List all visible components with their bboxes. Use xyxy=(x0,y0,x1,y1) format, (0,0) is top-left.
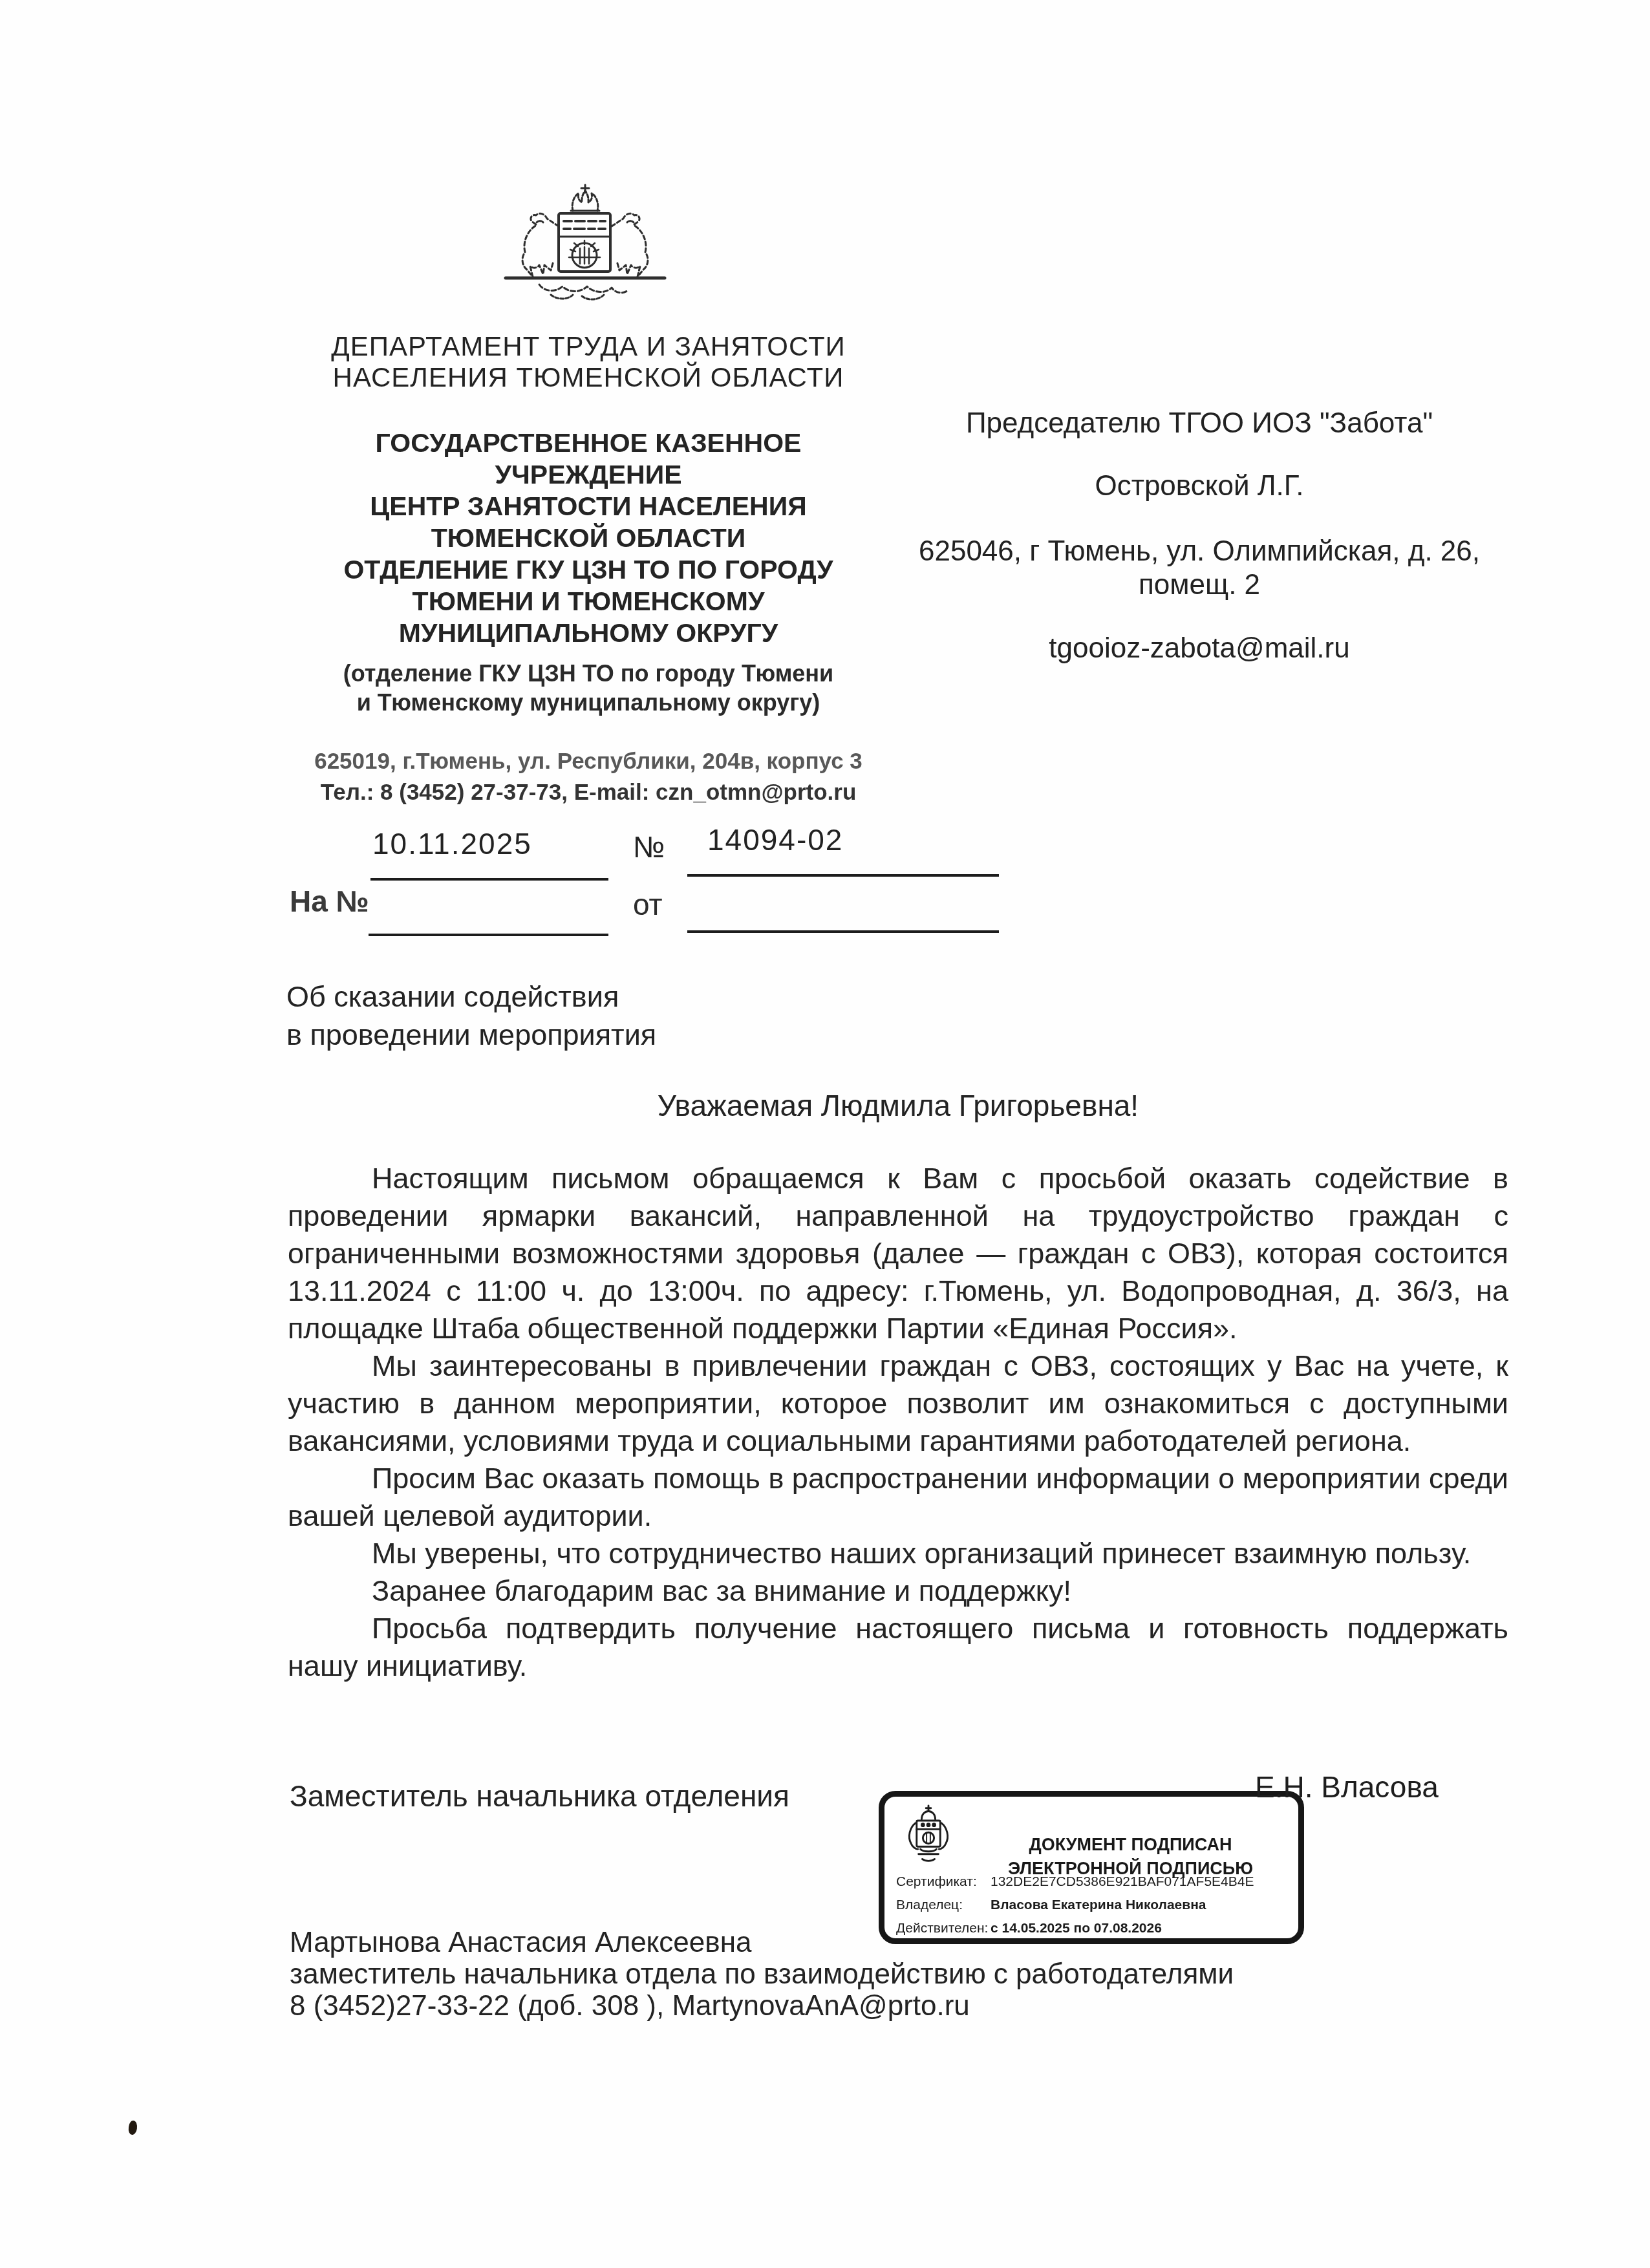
recipient-name: Островской Л.Г. xyxy=(873,469,1526,503)
letter-date: 10.11.2025 xyxy=(372,826,532,861)
stamp-title-line: ДОКУМЕНТ ПОДПИСАН xyxy=(967,1833,1294,1857)
owner-label: Владелец: xyxy=(896,1894,991,1917)
department-line: НАСЕЛЕНИЯ ТЮМЕНСКОЙ ОБЛАСТИ xyxy=(272,362,905,393)
tyumen-coat-of-arms-icon xyxy=(497,181,674,314)
signer-name: Е.Н. Власова xyxy=(1255,1770,1439,1804)
signer-position: Заместитель начальника отделения xyxy=(290,1779,789,1813)
sender-department-name: ДЕПАРТАМЕНТ ТРУДА И ЗАНЯТОСТИ НАСЕЛЕНИЯ … xyxy=(272,331,905,393)
number-underline xyxy=(687,874,999,877)
scanned-letter-page: ДЕПАРТАМЕНТ ТРУДА И ЗАНЯТОСТИ НАСЕЛЕНИЯ … xyxy=(0,0,1650,2268)
letter-number: 14094-02 xyxy=(707,822,843,857)
salutation: Уважаемая Людмила Григорьевна! xyxy=(288,1088,1508,1123)
recipient-email: tgooioz-zabota@mail.ru xyxy=(873,632,1526,665)
institution-line: УЧРЕЖДЕНИЕ xyxy=(272,459,905,491)
stamp-details: Сертификат: 132DE2E7CD5386E921BAF071AF5E… xyxy=(896,1870,1254,1940)
tyumen-coat-of-arms-small-icon xyxy=(901,1804,956,1867)
institution-line: ЦЕНТР ЗАНЯТОСТИ НАСЕЛЕНИЯ xyxy=(272,491,905,522)
ink-mark-artifact xyxy=(128,2120,138,2135)
body-paragraph: Просим Вас оказать помощь в распростране… xyxy=(288,1460,1508,1535)
subject-line: в проведении мероприятия xyxy=(286,1016,656,1054)
executor-contact: 8 (3452)27-33-22 (доб. 308 ), MartynovaA… xyxy=(290,1990,1234,2022)
institution-line: ТЮМЕНСКОЙ ОБЛАСТИ xyxy=(272,522,905,554)
institution-note-line: (отделение ГКУ ЦЗН ТО по городу Тюмени xyxy=(272,659,905,688)
sender-phone-email: Тел.: 8 (3452) 27-37-73, E-mail: czn_otm… xyxy=(272,777,905,808)
letter-body: Настоящим письмом обращаемся к Вам с про… xyxy=(288,1160,1508,1685)
validity-label: Действителен: xyxy=(896,1917,991,1940)
department-line: ДЕПАРТАМЕНТ ТРУДА И ЗАНЯТОСТИ xyxy=(272,331,905,362)
letter-subject: Об сказании содействия в проведении меро… xyxy=(286,978,656,1054)
owner-value: Власова Екатерина Николаевна xyxy=(991,1894,1206,1917)
stamp-certificate-row: Сертификат: 132DE2E7CD5386E921BAF071AF5E… xyxy=(896,1870,1254,1894)
reply-to-number-label: На № xyxy=(290,884,369,919)
recipient-address-line: помещ. 2 xyxy=(873,568,1526,602)
institution-line: ОТДЕЛЕНИЕ ГКУ ЦЗН ТО ПО ГОРОДУ xyxy=(272,554,905,586)
institution-note-line: и Тюменскому муниципальному округу) xyxy=(272,688,905,717)
body-paragraph: Просьба подтвердить получение настоящего… xyxy=(288,1610,1508,1685)
certificate-label: Сертификат: xyxy=(896,1870,991,1894)
executor-position: заместитель начальника отдела по взаимод… xyxy=(290,1958,1234,1990)
institution-line: ГОСУДАРСТВЕННОЕ КАЗЕННОЕ xyxy=(272,427,905,459)
reply-date-underline xyxy=(687,930,999,933)
reply-from-label: от xyxy=(633,887,663,922)
recipient-title: Председателю ТГОО ИОЗ "Забота" xyxy=(873,407,1526,440)
recipient-address-line: 625046, г Тюмень, ул. Олимпийская, д. 26… xyxy=(873,535,1526,568)
institution-line: ТЮМЕНИ И ТЮМЕНСКОМУ xyxy=(272,586,905,617)
body-paragraph: Мы заинтересованы в привлечении граждан … xyxy=(288,1347,1508,1460)
sender-postal-address: 625019, г.Тюмень, ул. Республики, 204в, … xyxy=(272,746,905,777)
sender-institution-note: (отделение ГКУ ЦЗН ТО по городу Тюмени и… xyxy=(272,659,905,717)
body-paragraph: Мы уверены, что сотрудничество наших орг… xyxy=(288,1535,1508,1572)
electronic-signature-stamp: ДОКУМЕНТ ПОДПИСАН ЭЛЕКТРОННОЙ ПОДПИСЬЮ С… xyxy=(879,1791,1304,1944)
reply-number-underline xyxy=(369,934,608,936)
number-sign: № xyxy=(633,829,665,864)
body-paragraph: Заранее благодарим вас за внимание и под… xyxy=(288,1572,1508,1610)
body-paragraph: Настоящим письмом обращаемся к Вам с про… xyxy=(288,1160,1508,1347)
subject-line: Об сказании содействия xyxy=(286,978,656,1016)
stamp-owner-row: Владелец: Власова Екатерина Николаевна xyxy=(896,1894,1254,1917)
stamp-validity-row: Действителен: с 14.05.2025 по 07.08.2026 xyxy=(896,1917,1254,1940)
recipient-address: 625046, г Тюмень, ул. Олимпийская, д. 26… xyxy=(873,535,1526,602)
certificate-value: 132DE2E7CD5386E921BAF071AF5E4B4E xyxy=(991,1870,1254,1894)
institution-line: МУНИЦИПАЛЬНОМУ ОКРУГУ xyxy=(272,617,905,649)
sender-institution-name: ГОСУДАРСТВЕННОЕ КАЗЕННОЕ УЧРЕЖДЕНИЕ ЦЕНТ… xyxy=(272,427,905,649)
validity-value: с 14.05.2025 по 07.08.2026 xyxy=(991,1917,1162,1940)
date-underline xyxy=(370,878,608,881)
sender-contacts: 625019, г.Тюмень, ул. Республики, 204в, … xyxy=(272,746,905,808)
